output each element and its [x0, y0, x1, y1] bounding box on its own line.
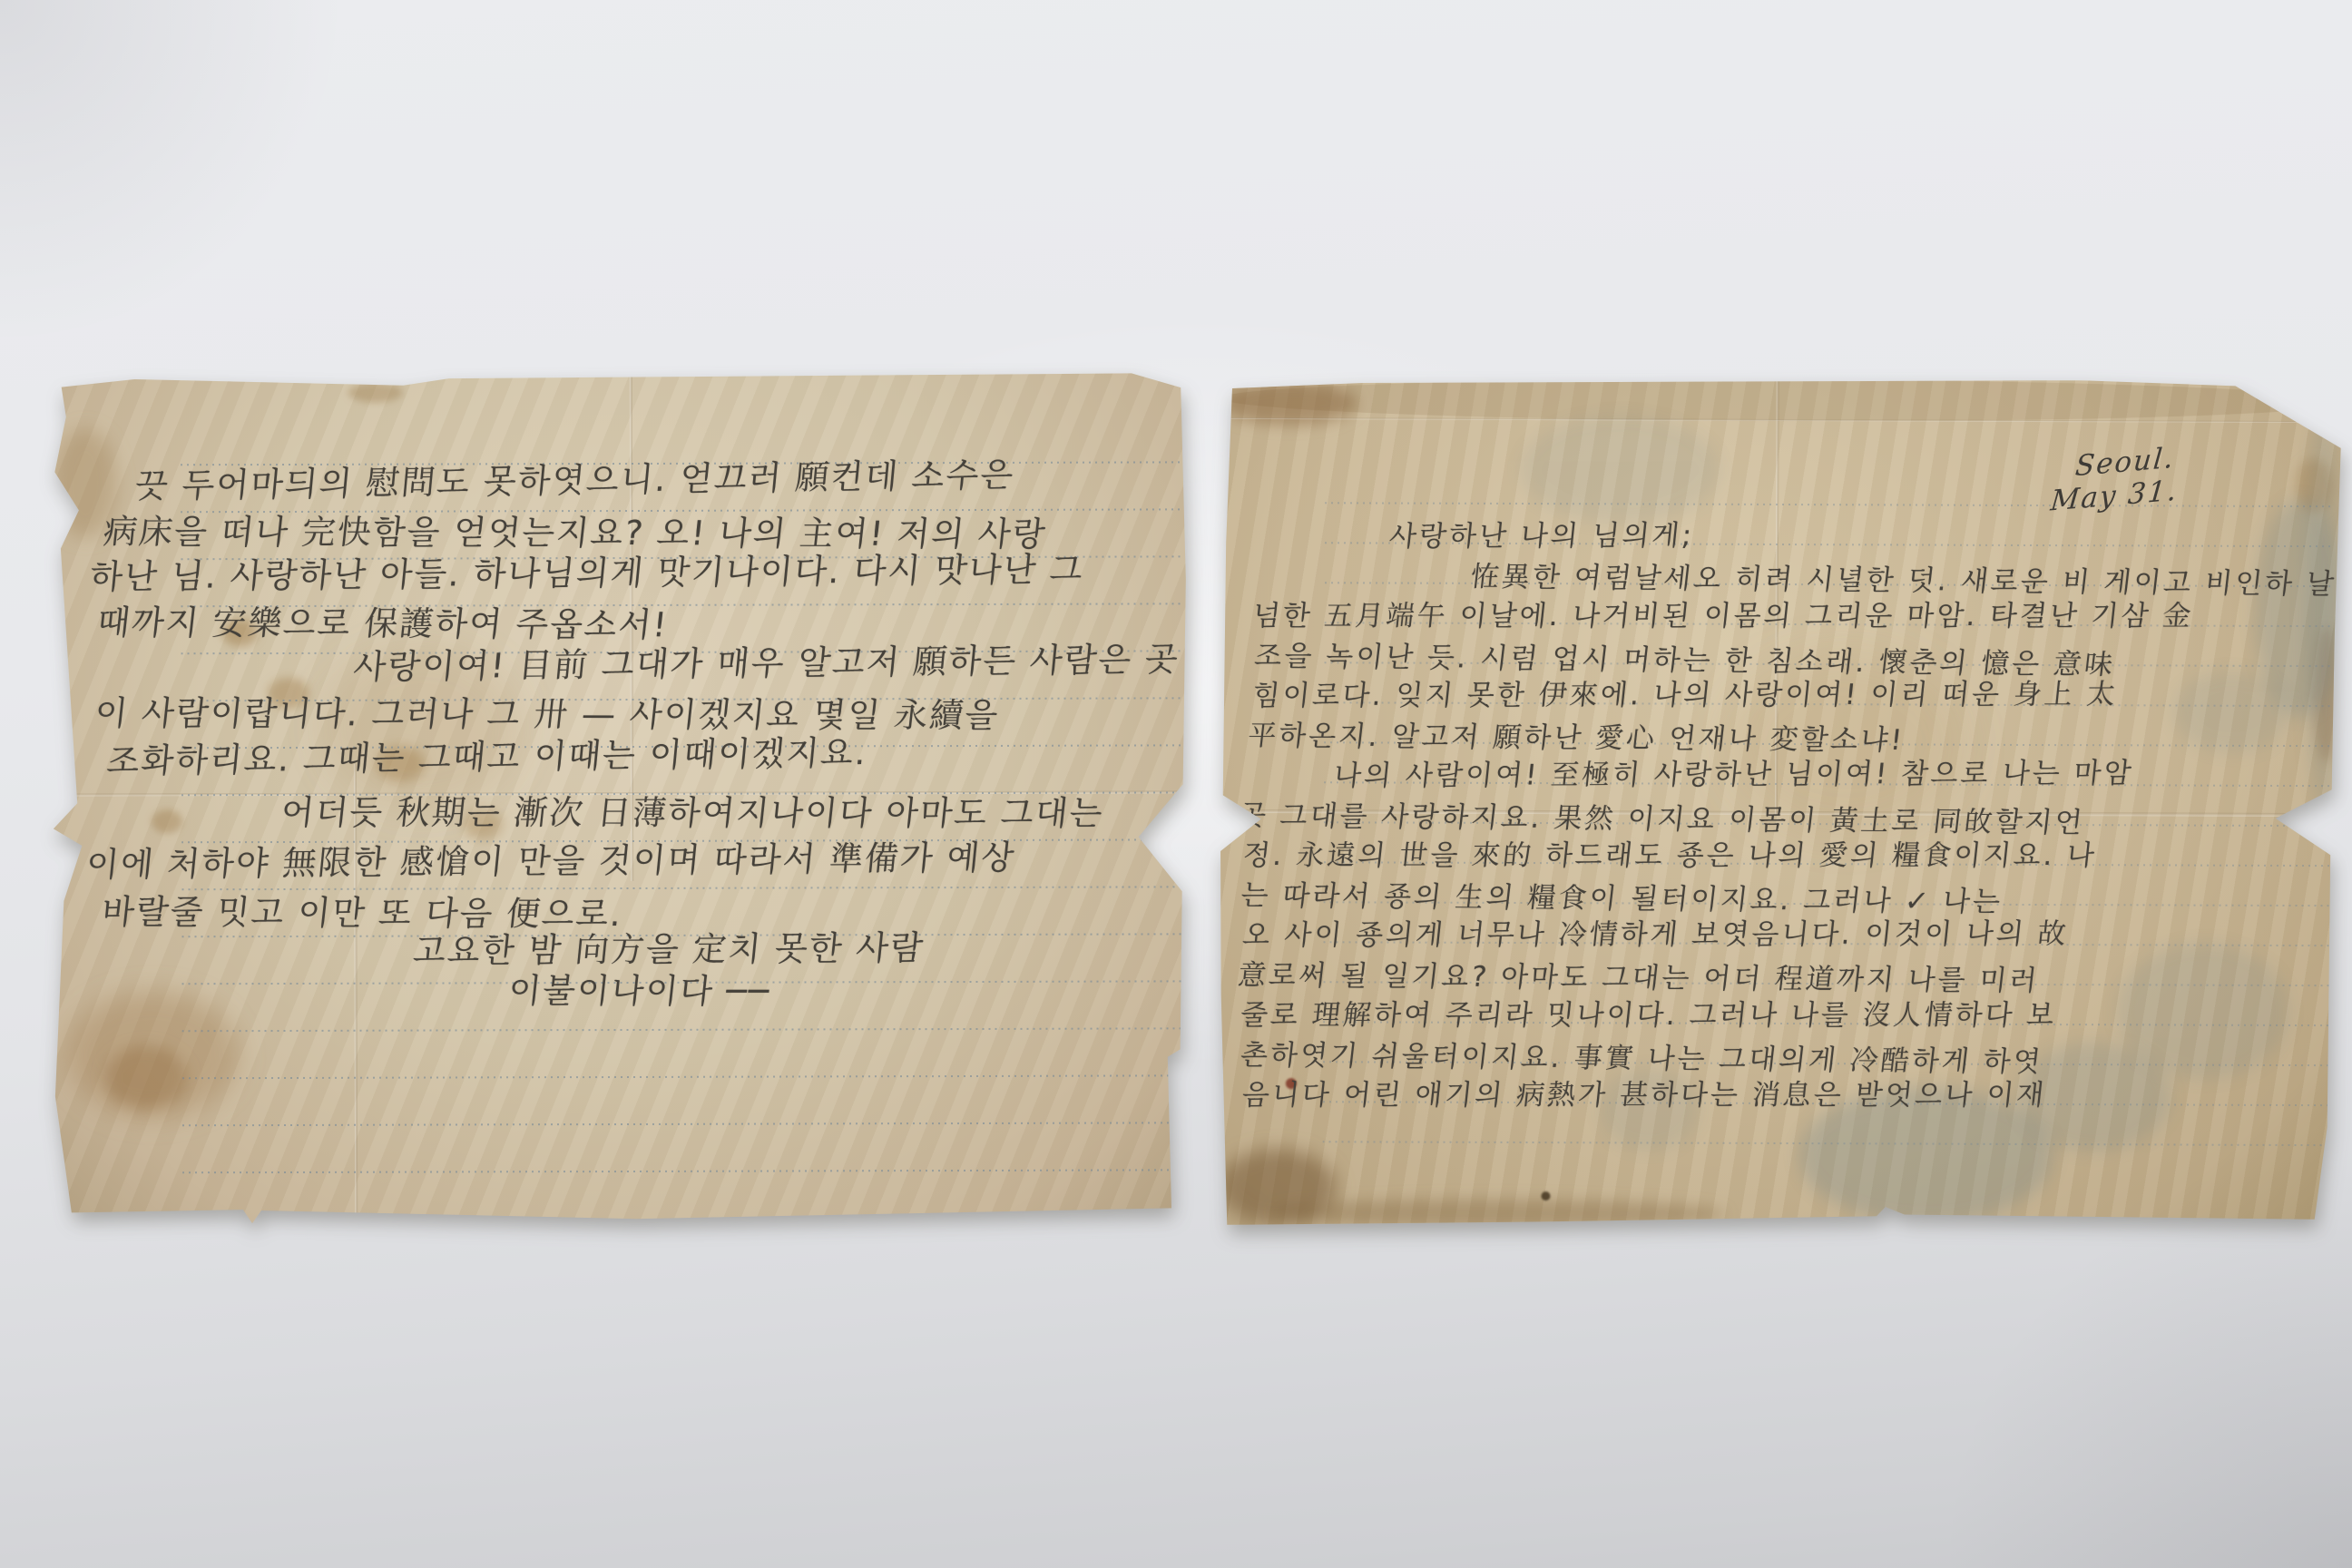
stain — [1541, 1191, 1550, 1200]
handwritten-line: 넘한 五月端午 이날에. 나거비된 이몸의 그리운 마암. 타결난 기삼 金 — [1251, 603, 2195, 631]
handwritten-line: 平하온지. 알고저 願하난 愛心 언재나 変할소냐! — [1247, 722, 1906, 755]
handwritten-line: 음니다 어린 애기의 病熱가 甚하다는 消息은 받엇으나 이재 — [1240, 1082, 2048, 1110]
ruled-line — [182, 1169, 1183, 1173]
handwritten-line: 이불이나이다 ── — [507, 974, 773, 1008]
handwritten-line: 는 따라서 죵의 生의 糧食이 될터이지요. 그러나 ✓ 나는 — [1240, 882, 2004, 916]
handwritten-line: 사랑하난 나의 님의게; — [1387, 522, 1695, 551]
ink-bleed — [1520, 415, 1720, 524]
handwritten-line: 하난 님. 사랑하난 아들. 하나님의게 맛기나이다. 다시 맛나난 그 — [89, 553, 1086, 594]
handwritten-line: 이 사람이랍니다. 그러나 그 卅 — 사이겠지요 몇일 永續을 — [93, 697, 1001, 733]
handwritten-line: 끗 두어마듸의 慰問도 못하엿으니. 얻끄러 願컨데 소수은 — [133, 458, 1016, 504]
handwritten-line: 줄로 理解하여 주리라 밋나이다. 그러나 나를 沒人情하다 보 — [1240, 1002, 2058, 1030]
handwritten-line: 이에 처하야 無限한 感愴이 만을 것이며 따라서 準備가 예상 — [84, 841, 1017, 882]
ink-bleed — [2304, 417, 2344, 808]
handwritten-line: 恠異한 여럼날세오 히려 시녈한 덧. 새로운 비 게이고 비인하 날 빝 — [1469, 563, 2345, 600]
handwritten-line: 조을 녹이난 듯. 시럼 업시 머하는 한 침소래. 懷춘의 憶은 意味 — [1253, 642, 2117, 680]
stain — [1220, 377, 2344, 423]
handwritten-line: 意로써 될 일기요? 아마도 그대는 어더 程道까지 나를 미러 — [1237, 962, 2041, 995]
handwritten-line: 촌하엿기 쉬울터이지요. 事實 나는 그대의게 冷酷하게 하엿 — [1239, 1042, 2044, 1077]
handwritten-line: 病床을 떠나 完快함을 얻엇는지요? 오! 나의 主여! 저의 사랑 — [102, 514, 1048, 551]
ruled-line — [182, 1027, 1183, 1032]
photo-backdrop: 끗 두어마듸의 慰問도 못하엿으니. 얻끄러 願컨데 소수은病床을 떠나 完快함… — [0, 0, 2352, 1568]
handwritten-line: 고요한 밤 向方을 定치 못한 사람 — [412, 931, 926, 967]
right-letter-paper: Seoul. May 31. 사랑하난 나의 님의게;恠異한 여럼날세오 히려 … — [1218, 377, 2344, 1229]
stain — [348, 383, 403, 403]
right-letter-page: Seoul. May 31. 사랑하난 나의 님의게;恠異한 여럼날세오 히려 … — [1220, 379, 2343, 1227]
ink-bleed — [2172, 671, 2290, 753]
left-letter-page: 끗 두어마듸의 慰問도 못하엿으니. 얻끄러 願컨데 소수은病床을 떠나 完快함… — [50, 373, 1193, 1222]
ruled-line — [182, 1074, 1183, 1079]
left-letter-paper: 끗 두어마듸의 慰問도 못하엿으니. 얻끄러 願컨데 소수은病床을 떠나 完快함… — [49, 371, 1194, 1223]
crease-line — [354, 764, 358, 1223]
stain — [1272, 1199, 1726, 1228]
ruled-line — [1325, 502, 2331, 507]
handwritten-line: 사랑이여! 目前 그대가 매우 알고저 願하든 사람은 곳 — [352, 642, 1181, 684]
handwritten-line: 조화하리요. 그때는 그때고 이때는 이때이겠지요. — [105, 736, 869, 779]
ruled-line — [181, 886, 1182, 890]
dateline: Seoul. May 31. — [2071, 441, 2182, 516]
handwritten-line: 정. 永遠의 世을 來的 하드래도 죵은 나의 愛의 糧食이지요. 나 — [1241, 842, 2098, 870]
handwritten-line: 어더듯 秋期는 漸次 日薄하여지나이다 아마도 그대는 — [279, 796, 1105, 830]
handwritten-line: 힘이로다. 잊지 못한 伊來에. 나의 사랑이여! 이리 떠운 身上 太 — [1251, 681, 2120, 710]
dateline-date: May 31. — [2049, 474, 2180, 517]
handwritten-line: 때까지 安樂으로 保護하여 주옵소서! — [95, 606, 670, 642]
stain — [105, 1045, 187, 1109]
ink-bleed — [2117, 943, 2290, 1080]
handwritten-line: 오 사이 죵의게 너무나 冷情하게 보엿음니다. 이것이 나의 故 — [1241, 920, 2070, 950]
handwritten-line: 바랄줄 밋고 이만 또 다음 便으로. — [100, 895, 624, 931]
stain — [152, 809, 182, 833]
ruled-line — [182, 1122, 1183, 1126]
handwritten-line: 나의 사람이여! 至極히 사랑하난 님이여! 참으로 나는 마암 — [1333, 759, 2135, 790]
handwritten-line: 곳 그대를 사랑하지요. 果然 이지요 이몸이 黃土로 同敀할지언 — [1237, 802, 2086, 838]
